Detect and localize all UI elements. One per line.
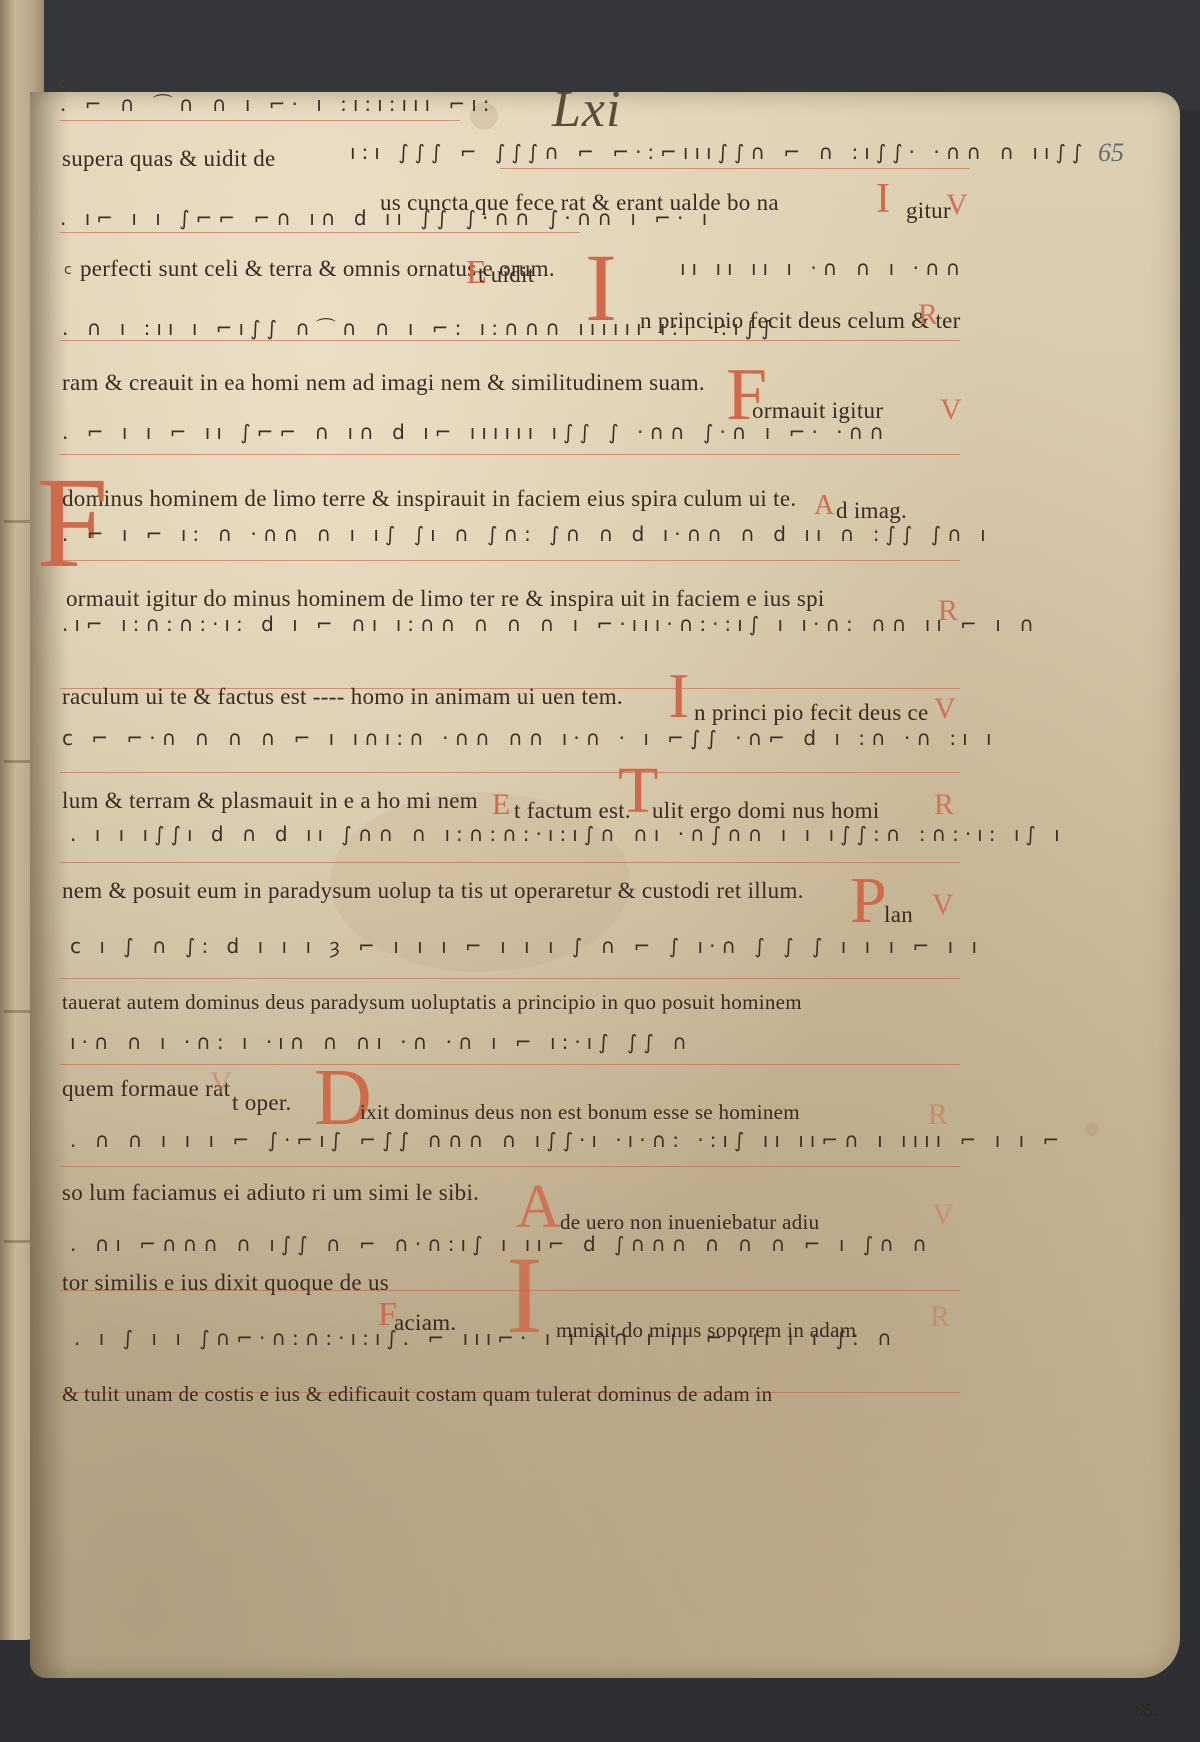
chant-text-line: t factum est.	[514, 798, 631, 824]
neume-row: . ⌐ ı ı ⌐ ıı ∫⌐⌐ ∩ ı∩ d ı⌐ ıııııı ı∫∫ ∫ …	[62, 420, 890, 444]
chant-text-line: ulit ergo domi nus homi	[652, 798, 880, 824]
red-staff-line	[60, 1064, 960, 1065]
chant-text-line: dominus hominem de limo terre & inspirau…	[62, 486, 796, 512]
chant-text-line: supera quas & uidit de	[62, 146, 276, 172]
chant-text-line: t oper.	[232, 1090, 292, 1116]
versicle-mark: V	[940, 395, 962, 425]
red-staff-line	[60, 454, 960, 455]
chant-text-line: lum & terram & plasmauit in e a ho mi ne…	[62, 788, 478, 814]
rubricated-initial: P	[850, 868, 887, 934]
neume-row: c ⌐ ⌐·∩ ∩ ∩ ∩ ⌐ ı ı∩ı:∩ ·∩∩ ∩∩ ı·∩ · ı ⌐…	[62, 726, 998, 750]
stain	[1085, 1122, 1099, 1136]
chant-text-line: tauerat autem dominus deus paradysum uol…	[62, 990, 802, 1015]
versicle-mark: V	[932, 890, 954, 920]
chant-text-line: tor similis e ius dixit quoque de us	[62, 1270, 389, 1296]
clef-mark: c	[64, 262, 72, 278]
versicle-mark: V	[934, 694, 956, 724]
chant-text-line: raculum ui te & factus est ---- homo in …	[62, 684, 623, 710]
neume-row: . ⌐ ı ⌐ ı: ∩ ·∩∩ ∩ ı ı∫ ∫ı ∩ ∫∩: ∫∩ ∩ d …	[62, 522, 992, 546]
red-staff-line	[60, 1166, 960, 1167]
chant-text-line: quem formaue rat	[62, 1076, 230, 1102]
chant-text-line: nem & posuit eum in paradysum uolup ta t…	[62, 878, 804, 904]
chant-text-line: gitur	[906, 198, 951, 224]
red-staff-line	[60, 772, 960, 773]
versicle-mark: V	[932, 1200, 954, 1230]
chant-text-line: ixit dominus deus non est bonum esse se …	[360, 1100, 800, 1125]
red-staff-line	[60, 978, 960, 979]
responsory-mark: R	[930, 1302, 950, 1332]
folio-number-bottom: 65.	[1135, 1700, 1158, 1721]
responsory-mark: R	[928, 1100, 948, 1130]
rubricated-initial: I	[668, 664, 689, 728]
rubricated-initial: D	[314, 1058, 372, 1138]
neume-row: ı:ı ∫∫∫ ⌐ ∫∫∫∩ ⌐ ⌐·:⌐ııı∫∫∩ ⌐ ∩ :ı∫∫· ·∩…	[350, 140, 1088, 164]
chant-text-line: ram & creauit in ea homi nem ad imagi ne…	[62, 370, 705, 396]
neume-row: ı·∩ ∩ ı ·∩: ı ·ı∩ ∩ ∩ı ·∩ ·∩ ı ⌐ ı:·ı∫ ∫…	[70, 1030, 693, 1054]
neume-row: ıı ıı ıı ı ·∩ ∩ ı ·∩∩	[680, 256, 966, 280]
chant-text-line: & tulit unam de costis e ius & edificaui…	[62, 1382, 772, 1407]
rubricated-initial: E	[492, 790, 510, 820]
red-staff-line	[500, 168, 970, 169]
neume-row: . ∩ ∩ ı ı ı ⌐ ∫·⌐ı∫ ⌐∫∫ ∩∩∩ ∩ ı∫∫·ı ·ı·∩…	[70, 1128, 1065, 1152]
red-staff-line	[60, 232, 580, 233]
neume-row: . ∩ ı :ıı ı ⌐ı∫∫ ∩⌒∩ ∩ ı ⌐: ı:∩∩∩ ıııııı…	[62, 312, 778, 341]
neume-row: . ı⌐ ı ı ∫⌐⌐ ⌐∩ ı∩ d ıı ∫∫ ∫·∩∩ ∫·∩∩ ı ⌐…	[60, 206, 713, 230]
versicle-mark: V	[946, 190, 968, 220]
responsory-mark: R	[934, 790, 954, 820]
chant-text-line: t uidit	[478, 262, 534, 288]
neume-row: . ∩ı ⌐∩∩∩ ∩ ı∫∫ ∩ ⌐ ∩·∩:ı∫ ı ıı⌐ d ∫∩∩∩ …	[70, 1232, 933, 1256]
responsory-mark: R	[918, 300, 938, 330]
rubricated-initial: A	[814, 492, 834, 520]
neume-row: .ı⌐ ı:∩:∩:·ı: d ı ⌐ ∩ı ı:∩∩ ∩ ∩ ∩ ı ⌐·ıı…	[62, 612, 1040, 636]
chant-text-line: d imag.	[836, 498, 907, 524]
folio-number: 65	[1098, 138, 1124, 168]
rubricated-initial: I	[876, 178, 890, 220]
neume-row: . ı ı ı∫∫ı d ∩ d ıı ∫∩∩ ∩ ı:∩:∩:·ı:ı∫∩ ∩…	[70, 822, 1066, 846]
chant-text-line: so lum faciamus ei adiuto ri um simi le …	[62, 1180, 479, 1206]
neume-row: . ı ∫ ı ı ∫∩⌐·∩:∩:·ı:ı∫. ⌐ ııı⌐· ı ı ∩∩ …	[74, 1326, 898, 1350]
chant-text-line: lan	[884, 902, 913, 928]
red-staff-line	[60, 862, 960, 863]
quire-numeral: Lxi	[552, 80, 621, 139]
chant-text-line: ormauit igitur do minus hominem de limo …	[66, 586, 825, 612]
red-staff-line	[60, 560, 960, 561]
chant-text-line: n princi pio fecit deus ce	[694, 700, 929, 726]
versicle-mark: V	[210, 1068, 232, 1098]
red-staff-line	[60, 120, 460, 121]
neume-row: c ı ∫ ∩ ∫: d ı ı ı ȝ ⌐ ı ı ı ⌐ ı ı ı ∫ ∩…	[70, 934, 983, 958]
neume-row: . ⌐ ∩ ⌒∩ ∩ ı ⌐· ı :ı:ı:ııı ⌐ı:	[60, 88, 496, 117]
rubricated-initial: A	[516, 1176, 561, 1238]
